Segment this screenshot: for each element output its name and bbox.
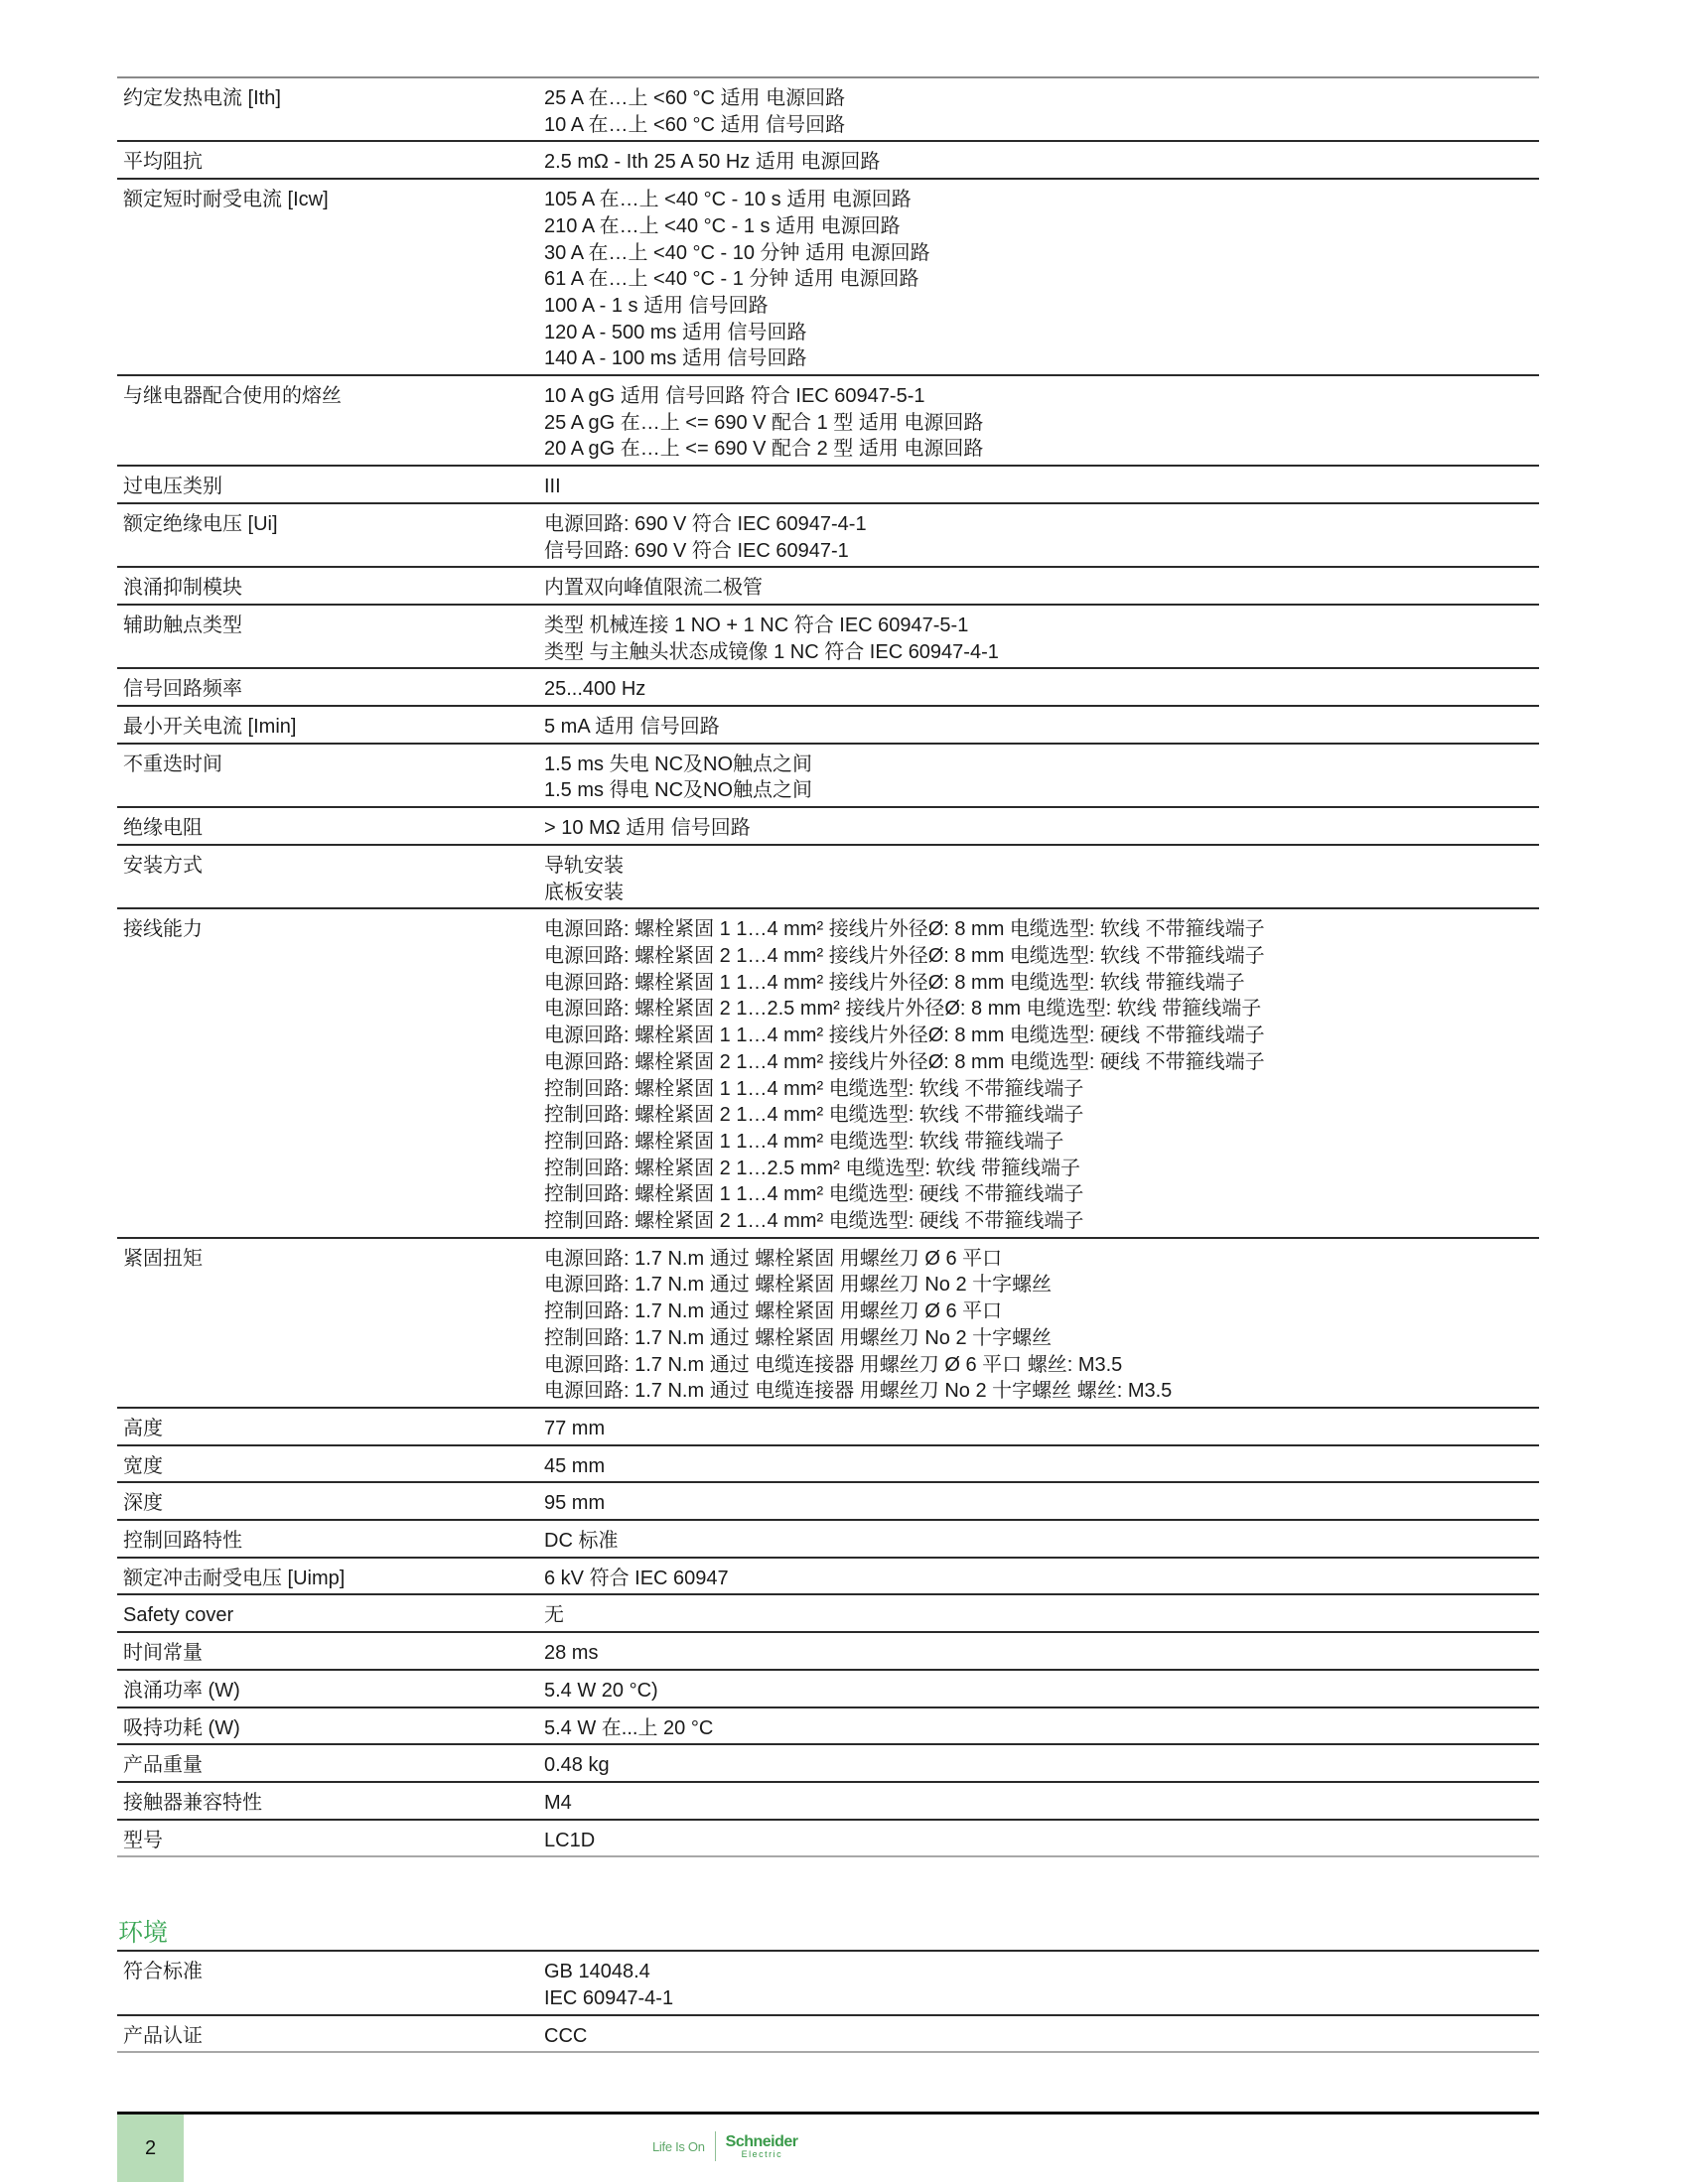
spec-row: 额定绝缘电压 [Ui]电源回路: 690 V 符合 IEC 60947-4-1信… [117, 504, 1539, 568]
spec-label: 深度 [117, 1490, 544, 1517]
spec-value-line: 140 A - 100 ms 适用 信号回路 [544, 345, 1539, 372]
spec-value-line: 控制回路: 螺栓紧固 1 1…4 mm² 电缆选型: 软线 不带箍线端子 [544, 1076, 1539, 1103]
spec-label: 与继电器配合使用的熔丝 [117, 383, 544, 463]
spec-value: > 10 MΩ 适用 信号回路 [544, 815, 1539, 842]
spec-row: 平均阻抗2.5 mΩ - Ith 25 A 50 Hz 适用 电源回路 [117, 142, 1539, 180]
brand-logo: Life Is On Schneider Electric [652, 2124, 798, 2168]
spec-value-line: 5 mA 适用 信号回路 [544, 714, 1539, 741]
spec-label: 辅助触点类型 [117, 613, 544, 665]
spec-row: 约定发热电流 [Ith]25 A 在…上 <60 °C 适用 电源回路10 A … [117, 78, 1539, 142]
spec-label: 型号 [117, 1828, 544, 1854]
spec-label: 浪涌抑制模块 [117, 575, 544, 602]
spec-value-line: 电源回路: 螺栓紧固 2 1…4 mm² 接线片外径Ø: 8 mm 电缆选型: … [544, 943, 1539, 970]
spec-label: 吸持功耗 (W) [117, 1715, 544, 1742]
spec-value-line: 电源回路: 螺栓紧固 2 1…4 mm² 接线片外径Ø: 8 mm 电缆选型: … [544, 1049, 1539, 1076]
spec-value-line: 控制回路: 螺栓紧固 2 1…4 mm² 电缆选型: 硬线 不带箍线端子 [544, 1208, 1539, 1235]
spec-value-line: M4 [544, 1790, 1539, 1817]
spec-value-line: DC 标准 [544, 1528, 1539, 1555]
spec-label: 接线能力 [117, 916, 544, 1234]
spec-value: 5.4 W 20 °C) [544, 1678, 1539, 1705]
spec-row: 浪涌抑制模块内置双向峰值限流二极管 [117, 568, 1539, 606]
spec-label: 额定冲击耐受电压 [Uimp] [117, 1566, 544, 1592]
spec-table: 约定发热电流 [Ith]25 A 在…上 <60 °C 适用 电源回路10 A … [117, 76, 1539, 1857]
spec-label: 最小开关电流 [Imin] [117, 714, 544, 741]
spec-label: 额定短时耐受电流 [Icw] [117, 187, 544, 372]
spec-value-line: 10 A 在…上 <60 °C 适用 信号回路 [544, 112, 1539, 139]
spec-value: 导轨安装底板安装 [544, 853, 1539, 905]
schneider-logo-icon: Schneider Electric [726, 2134, 798, 2159]
spec-value-line: 77 mm [544, 1416, 1539, 1442]
spec-row: 额定冲击耐受电压 [Uimp]6 kV 符合 IEC 60947 [117, 1559, 1539, 1596]
spec-value: LC1D [544, 1828, 1539, 1854]
spec-value: 10 A gG 适用 信号回路 符合 IEC 60947-5-125 A gG … [544, 383, 1539, 463]
spec-value-line: 25 A 在…上 <60 °C 适用 电源回路 [544, 85, 1539, 112]
spec-value: 1.5 ms 失电 NC及NO触点之间1.5 ms 得电 NC及NO触点之间 [544, 751, 1539, 804]
spec-value-line: 电源回路: 1.7 N.m 通过 螺栓紧固 用螺丝刀 No 2 十字螺丝 [544, 1272, 1539, 1298]
spec-value: 6 kV 符合 IEC 60947 [544, 1566, 1539, 1592]
spec-label: 过电压类别 [117, 474, 544, 500]
spec-label: 平均阻抗 [117, 149, 544, 176]
spec-value-line: 100 A - 1 s 适用 信号回路 [544, 293, 1539, 320]
spec-value-line: 电源回路: 螺栓紧固 1 1…4 mm² 接线片外径Ø: 8 mm 电缆选型: … [544, 970, 1539, 997]
spec-value-line: 电源回路: 1.7 N.m 通过 电缆连接器 用螺丝刀 No 2 十字螺丝 螺丝… [544, 1378, 1539, 1405]
spec-label: 控制回路特性 [117, 1528, 544, 1555]
spec-value-line: 95 mm [544, 1490, 1539, 1517]
spec-value-line: 1.5 ms 失电 NC及NO触点之间 [544, 751, 1539, 778]
logo-divider [715, 2131, 716, 2161]
spec-value-line: 无 [544, 1602, 1539, 1629]
spec-value-line: 控制回路: 1.7 N.m 通过 螺栓紧固 用螺丝刀 Ø 6 平口 [544, 1298, 1539, 1325]
spec-label: 不重迭时间 [117, 751, 544, 804]
spec-row: 时间常量28 ms [117, 1633, 1539, 1671]
spec-value-line: IEC 60947-4-1 [544, 1985, 1539, 2012]
spec-value: CCC [544, 2023, 1539, 2050]
spec-value: 电源回路: 螺栓紧固 1 1…4 mm² 接线片外径Ø: 8 mm 电缆选型: … [544, 916, 1539, 1234]
spec-label: 宽度 [117, 1453, 544, 1480]
spec-label: 符合标准 [117, 1959, 544, 2011]
spec-value-line: LC1D [544, 1828, 1539, 1854]
spec-row: 接触器兼容特性M4 [117, 1783, 1539, 1821]
spec-row: 浪涌功率 (W)5.4 W 20 °C) [117, 1671, 1539, 1708]
spec-value: III [544, 474, 1539, 500]
spec-row: Safety cover无 [117, 1595, 1539, 1633]
datasheet-page: 约定发热电流 [Ith]25 A 在…上 <60 °C 适用 电源回路10 A … [117, 76, 1539, 2053]
spec-value-line: 0.48 kg [544, 1752, 1539, 1779]
spec-value-line: GB 14048.4 [544, 1959, 1539, 1985]
spec-value-line: 61 A 在…上 <40 °C - 1 分钟 适用 电源回路 [544, 266, 1539, 293]
spec-row: 深度95 mm [117, 1483, 1539, 1521]
spec-label: 接触器兼容特性 [117, 1790, 544, 1817]
spec-value: DC 标准 [544, 1528, 1539, 1555]
spec-value: 25 A 在…上 <60 °C 适用 电源回路10 A 在…上 <60 °C 适… [544, 85, 1539, 138]
spec-value-line: 类型 与主触头状态成镜像 1 NC 符合 IEC 60947-4-1 [544, 639, 1539, 666]
spec-row: 与继电器配合使用的熔丝10 A gG 适用 信号回路 符合 IEC 60947-… [117, 376, 1539, 467]
spec-label: 信号回路频率 [117, 676, 544, 703]
spec-label: 约定发热电流 [Ith] [117, 85, 544, 138]
spec-value-line: 20 A gG 在…上 <= 690 V 配合 2 型 适用 电源回路 [544, 436, 1539, 463]
section-heading-environment: 环境 [117, 1918, 1539, 1950]
spec-value: 2.5 mΩ - Ith 25 A 50 Hz 适用 电源回路 [544, 149, 1539, 176]
spec-row: 信号回路频率25...400 Hz [117, 669, 1539, 707]
spec-value-line: 25...400 Hz [544, 676, 1539, 703]
spec-value-line: 25 A gG 在…上 <= 690 V 配合 1 型 适用 电源回路 [544, 410, 1539, 437]
spec-row: 型号LC1D [117, 1821, 1539, 1858]
tagline-text: Life Is On [652, 2139, 705, 2154]
spec-label: 绝缘电阻 [117, 815, 544, 842]
spec-value-line: 45 mm [544, 1453, 1539, 1480]
spec-value-line: 信号回路: 690 V 符合 IEC 60947-1 [544, 538, 1539, 565]
brand-name: Schneider [726, 2134, 798, 2150]
spec-label: 时间常量 [117, 1640, 544, 1667]
spec-value-line: 10 A gG 适用 信号回路 符合 IEC 60947-5-1 [544, 383, 1539, 410]
spec-row: 不重迭时间1.5 ms 失电 NC及NO触点之间1.5 ms 得电 NC及NO触… [117, 745, 1539, 808]
spec-row: 过电压类别III [117, 467, 1539, 504]
spec-value: 25...400 Hz [544, 676, 1539, 703]
brand-sub: Electric [726, 2150, 798, 2159]
spec-value-line: 导轨安装 [544, 853, 1539, 880]
spec-value-line: 5.4 W 20 °C) [544, 1678, 1539, 1705]
spec-label: 浪涌功率 (W) [117, 1678, 544, 1705]
spec-row: 辅助触点类型类型 机械连接 1 NO + 1 NC 符合 IEC 60947-5… [117, 606, 1539, 669]
spec-value-line: 2.5 mΩ - Ith 25 A 50 Hz 适用 电源回路 [544, 149, 1539, 176]
spec-value-line: 电源回路: 螺栓紧固 1 1…4 mm² 接线片外径Ø: 8 mm 电缆选型: … [544, 916, 1539, 943]
spec-value: 5.4 W 在...上 20 °C [544, 1715, 1539, 1742]
spec-value-line: 6 kV 符合 IEC 60947 [544, 1566, 1539, 1592]
spec-value-line: 控制回路: 螺栓紧固 2 1…4 mm² 电缆选型: 软线 不带箍线端子 [544, 1102, 1539, 1129]
spec-value: M4 [544, 1790, 1539, 1817]
spec-value: 电源回路: 690 V 符合 IEC 60947-4-1信号回路: 690 V … [544, 511, 1539, 564]
spec-value: 无 [544, 1602, 1539, 1629]
spec-value-line: 底板安装 [544, 880, 1539, 906]
spec-value-line: 30 A 在…上 <40 °C - 10 分钟 适用 电源回路 [544, 240, 1539, 267]
page-footer: 2 Life Is On Schneider Electric [117, 2112, 1539, 2184]
spec-value: 0.48 kg [544, 1752, 1539, 1779]
page-number: 2 [117, 2115, 184, 2182]
spec-value-line: 105 A 在…上 <40 °C - 10 s 适用 电源回路 [544, 187, 1539, 213]
spec-value-line: > 10 MΩ 适用 信号回路 [544, 815, 1539, 842]
spec-label: 产品重量 [117, 1752, 544, 1779]
spec-value-line: 内置双向峰值限流二极管 [544, 575, 1539, 602]
spec-row: 产品重量0.48 kg [117, 1745, 1539, 1783]
spec-row: 符合标准GB 14048.4IEC 60947-4-1 [117, 1952, 1539, 2015]
spec-value: 77 mm [544, 1416, 1539, 1442]
spec-value: 5 mA 适用 信号回路 [544, 714, 1539, 741]
spec-row: 产品认证CCC [117, 2016, 1539, 2054]
spec-value-line: 类型 机械连接 1 NO + 1 NC 符合 IEC 60947-5-1 [544, 613, 1539, 639]
spec-label: 额定绝缘电压 [Ui] [117, 511, 544, 564]
spec-value: 28 ms [544, 1640, 1539, 1667]
spec-value-line: 210 A 在…上 <40 °C - 1 s 适用 电源回路 [544, 213, 1539, 240]
spec-value: GB 14048.4IEC 60947-4-1 [544, 1959, 1539, 2011]
spec-row: 绝缘电阻> 10 MΩ 适用 信号回路 [117, 808, 1539, 846]
spec-row: 最小开关电流 [Imin]5 mA 适用 信号回路 [117, 707, 1539, 745]
spec-value-line: 1.5 ms 得电 NC及NO触点之间 [544, 777, 1539, 804]
spec-label: 安装方式 [117, 853, 544, 905]
spec-row: 高度77 mm [117, 1409, 1539, 1446]
spec-value-line: 控制回路: 螺栓紧固 2 1…2.5 mm² 电缆选型: 软线 带箍线端子 [544, 1156, 1539, 1182]
spec-value-line: 电源回路: 690 V 符合 IEC 60947-4-1 [544, 511, 1539, 538]
spec-row: 吸持功耗 (W)5.4 W 在...上 20 °C [117, 1708, 1539, 1746]
spec-row: 紧固扭矩电源回路: 1.7 N.m 通过 螺栓紧固 用螺丝刀 Ø 6 平口电源回… [117, 1239, 1539, 1409]
spec-row: 接线能力电源回路: 螺栓紧固 1 1…4 mm² 接线片外径Ø: 8 mm 电缆… [117, 909, 1539, 1238]
spec-value-line: 电源回路: 螺栓紧固 1 1…4 mm² 接线片外径Ø: 8 mm 电缆选型: … [544, 1023, 1539, 1049]
spec-value-line: 控制回路: 螺栓紧固 1 1…4 mm² 电缆选型: 软线 带箍线端子 [544, 1129, 1539, 1156]
spec-value-line: 28 ms [544, 1640, 1539, 1667]
environment-table: 符合标准GB 14048.4IEC 60947-4-1产品认证CCC [117, 1950, 1539, 2053]
spec-label: 产品认证 [117, 2023, 544, 2050]
spec-value-line: 电源回路: 1.7 N.m 通过 电缆连接器 用螺丝刀 Ø 6 平口 螺丝: M… [544, 1352, 1539, 1379]
spec-value: 类型 机械连接 1 NO + 1 NC 符合 IEC 60947-5-1类型 与… [544, 613, 1539, 665]
spec-label: 高度 [117, 1416, 544, 1442]
spec-label: 紧固扭矩 [117, 1246, 544, 1405]
spec-row: 安装方式导轨安装底板安装 [117, 846, 1539, 909]
spec-value: 电源回路: 1.7 N.m 通过 螺栓紧固 用螺丝刀 Ø 6 平口电源回路: 1… [544, 1246, 1539, 1405]
spec-row: 额定短时耐受电流 [Icw]105 A 在…上 <40 °C - 10 s 适用… [117, 180, 1539, 376]
spec-value-line: CCC [544, 2023, 1539, 2050]
spec-value-line: 电源回路: 1.7 N.m 通过 螺栓紧固 用螺丝刀 Ø 6 平口 [544, 1246, 1539, 1273]
spec-value: 95 mm [544, 1490, 1539, 1517]
spec-row: 控制回路特性DC 标准 [117, 1521, 1539, 1559]
spec-value: 内置双向峰值限流二极管 [544, 575, 1539, 602]
spec-value: 45 mm [544, 1453, 1539, 1480]
spec-value-line: 控制回路: 螺栓紧固 1 1…4 mm² 电缆选型: 硬线 不带箍线端子 [544, 1181, 1539, 1208]
spec-value-line: 控制回路: 1.7 N.m 通过 螺栓紧固 用螺丝刀 No 2 十字螺丝 [544, 1325, 1539, 1352]
spec-value-line: 5.4 W 在...上 20 °C [544, 1715, 1539, 1742]
spec-label: Safety cover [117, 1602, 544, 1629]
spec-row: 宽度45 mm [117, 1446, 1539, 1484]
spec-value-line: 电源回路: 螺栓紧固 2 1…2.5 mm² 接线片外径Ø: 8 mm 电缆选型… [544, 996, 1539, 1023]
spec-value: 105 A 在…上 <40 °C - 10 s 适用 电源回路210 A 在…上… [544, 187, 1539, 372]
spec-value-line: III [544, 474, 1539, 500]
spec-value-line: 120 A - 500 ms 适用 信号回路 [544, 320, 1539, 346]
